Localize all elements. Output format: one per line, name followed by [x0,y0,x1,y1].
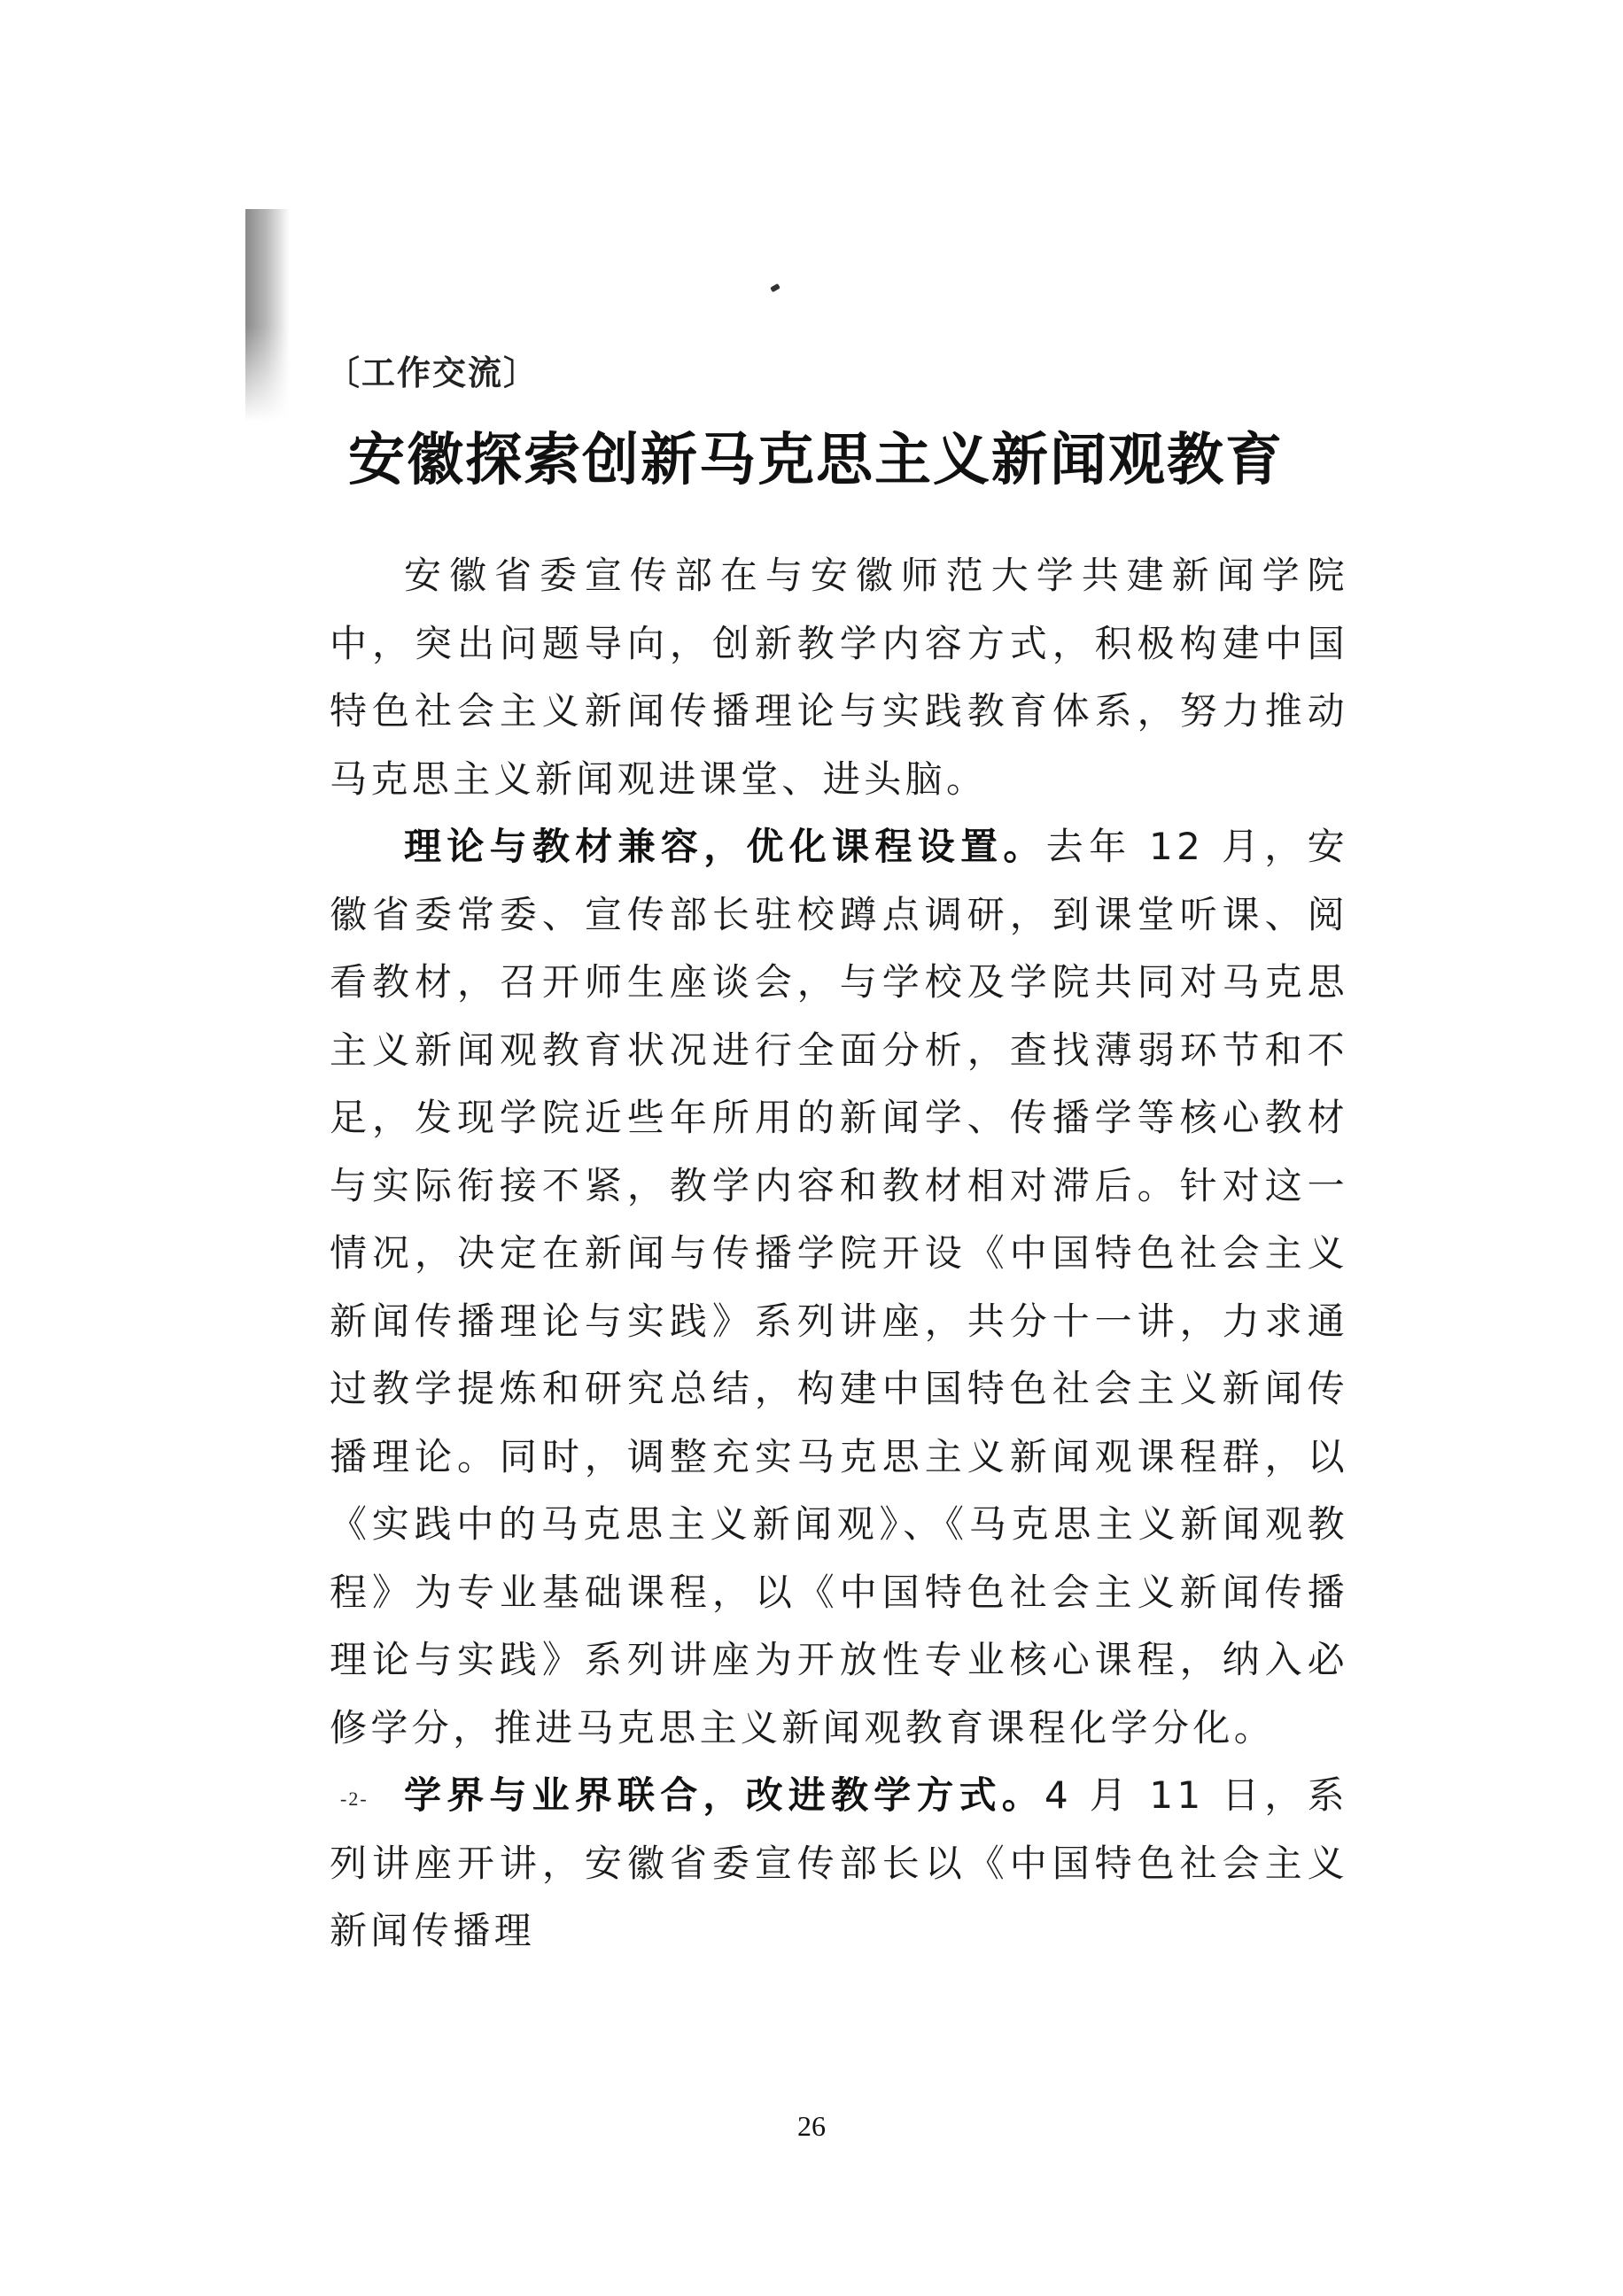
page-number: 26 [0,2110,1623,2143]
paragraph-lead: 理论与教材兼容，优化课程设置。 [404,825,1046,868]
scan-shadow-mark [245,209,290,422]
inner-page-marker: -2- [340,1788,369,1811]
paragraph-teaching-method: 学界与业界联合，改进教学方式。4 月 11 日，系列讲座开讲，安徽省委宣传部长以… [330,1762,1348,1966]
article-title: 安徽探索创新马克思主义新闻观教育 [0,415,1623,496]
article-body: 安徽省委宣传部在与安徽师范大学共建新闻学院中，突出问题导向，创新教学内容方式，积… [330,542,1348,1966]
scan-speck [770,283,780,292]
section-label: 〔工作交流〕 [326,345,539,394]
paragraph-lead: 学界与业界联合，改进教学方式。 [404,1773,1044,1817]
paragraph-text: 去年 12 月，安徽省委常委、宣传部长驻校蹲点调研，到课堂听课、阅看教材，召开师… [330,825,1348,1749]
paragraph-course-setting: 理论与教材兼容，优化课程设置。去年 12 月，安徽省委常委、宣传部长驻校蹲点调研… [330,813,1348,1762]
paragraph-intro: 安徽省委宣传部在与安徽师范大学共建新闻学院中，突出问题导向，创新教学内容方式，积… [330,542,1348,813]
paragraph-text: 安徽省委宣传部在与安徽师范大学共建新闻学院中，突出问题导向，创新教学内容方式，积… [330,554,1348,801]
